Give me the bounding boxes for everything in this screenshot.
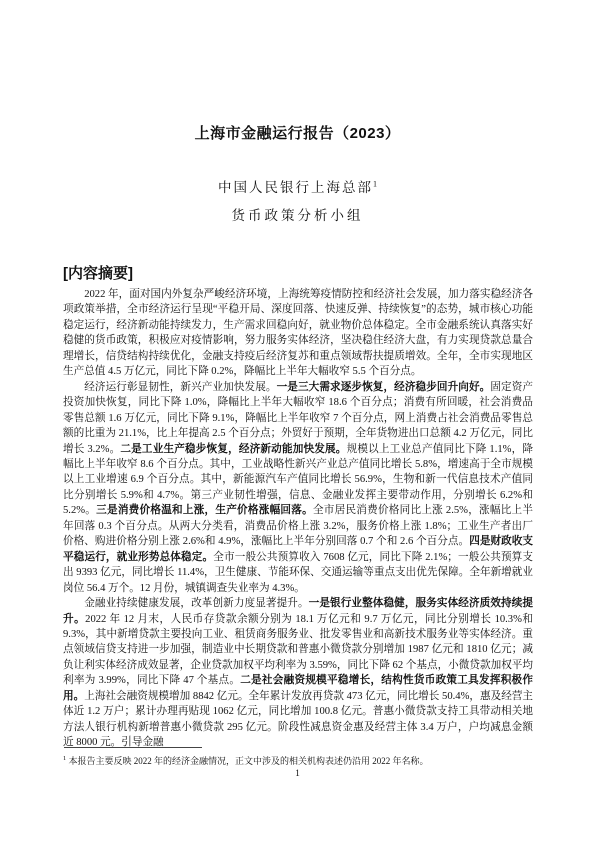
author-footnote-ref: 1 — [373, 180, 377, 189]
body-paragraph: 金融业持续健康发展，改革创新力度显著提升。一是银行业整体稳健，服务实体经济质效持… — [63, 596, 533, 751]
text-run: 经济运行彰显韧性，新兴产业加快发展。 — [84, 382, 276, 393]
report-author: 中国人民银行上海总部1 — [0, 176, 595, 196]
text-run: 2022 年，面对国内外复杂严峻经济环境，上海统筹疫情防控和经济社会发展，加力落… — [63, 289, 533, 377]
footnote-marker: 1 — [63, 755, 66, 762]
emphasis-run: 二是工业生产稳步恢复，经济新动能加快发展。 — [120, 444, 346, 455]
author-name: 中国人民银行上海总部 — [218, 180, 373, 195]
footnote: 1 本报告主要反映 2022 年的经济金融情况，正文中涉及的相关机构表述仍沿用 … — [63, 753, 533, 767]
abstract-heading: [内容摘要] — [63, 262, 133, 283]
footnote-text: 本报告主要反映 2022 年的经济金融情况，正文中涉及的相关机构表述仍沿用 20… — [69, 756, 429, 766]
text-run: 金融业持续健康发展，改革创新力度显著提升。 — [84, 598, 308, 609]
abstract-body: 2022 年，面对国内外复杂严峻经济环境，上海统筹疫情防控和经济社会发展，加力落… — [63, 287, 533, 751]
report-title: 上海市金融运行报告（2023） — [0, 122, 595, 143]
emphasis-run: 三是消费价格温和上涨，生产价格涨幅回落。 — [96, 505, 313, 516]
report-team: 货币政策分析小组 — [0, 204, 595, 224]
text-run: 上海社会融资规模增加 8842 亿元。全年累计发放再贷款 473 亿元，同比增长… — [63, 691, 533, 748]
body-paragraph: 经济运行彰显韧性，新兴产业加快发展。一是三大需求逐步恢复，经济稳步回升向好。固定… — [63, 380, 533, 596]
emphasis-run: 一是三大需求逐步恢复，经济稳步回升向好。 — [277, 382, 491, 393]
page-number: 1 — [0, 769, 595, 779]
document-page: 上海市金融运行报告（2023） 中国人民银行上海总部1 货币政策分析小组 [内容… — [0, 0, 595, 842]
body-paragraph: 2022 年，面对国内外复杂严峻经济环境，上海统筹疫情防控和经济社会发展，加力落… — [63, 287, 533, 380]
footnote-divider — [64, 747, 202, 748]
